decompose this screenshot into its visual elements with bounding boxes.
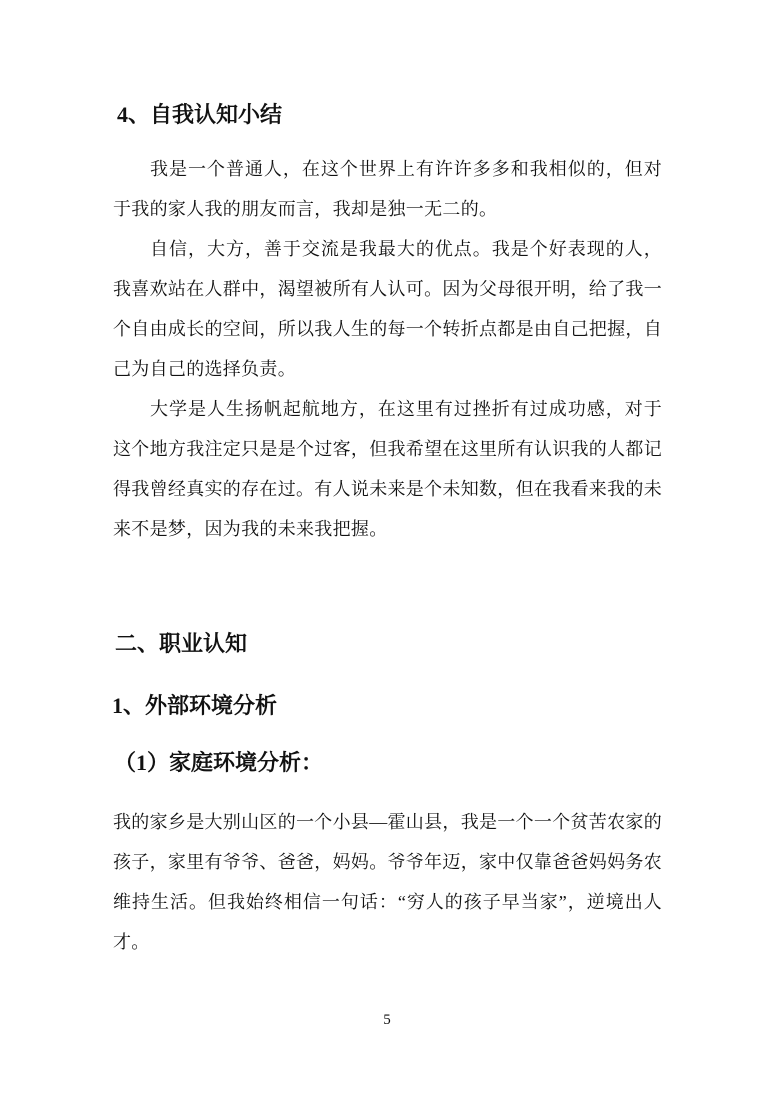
- paragraph-self-summary-3: 大学是人生扬帆起航地方，在这里有过挫折有过成功感，对于这个地方我注定只是是个过客…: [113, 389, 662, 549]
- heading-self-cognition-summary: 4、自我认知小结: [117, 100, 282, 130]
- heading-external-environment-analysis: 1、外部环境分析: [112, 691, 277, 721]
- paragraph-self-summary-2: 自信，大方，善于交流是我最大的优点。我是个好表现的人，我喜欢站在人群中，渴望被所…: [113, 229, 662, 389]
- paragraph-self-summary-1: 我是一个普通人，在这个世界上有许许多多和我相似的，但对于我的家人我的朋友而言，我…: [113, 149, 662, 229]
- page-number: 5: [0, 1010, 774, 1030]
- heading-family-environment-analysis: （1）家庭环境分析：: [114, 748, 323, 778]
- heading-career-cognition: 二、职业认知: [115, 629, 247, 659]
- document-page: 4、自我认知小结 我是一个普通人，在这个世界上有许许多多和我相似的，但对于我的家…: [0, 0, 774, 1095]
- paragraph-family-environment: 我的家乡是大别山区的一个小县—霍山县，我是一个一个贫苦农家的孩子，家里有爷爷、爸…: [113, 802, 662, 962]
